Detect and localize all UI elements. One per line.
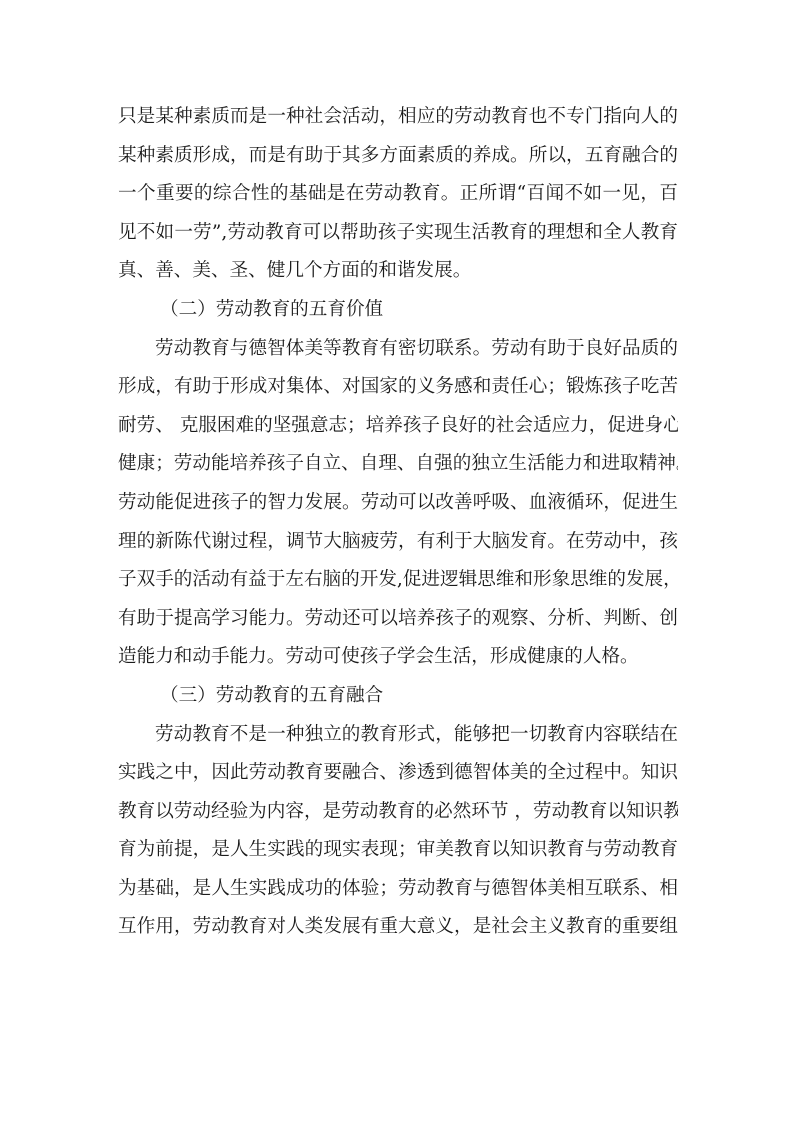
text-line: 子双手的活动有益于左右脑的开发,促进逻辑思维和形象思维的发展， — [118, 561, 678, 600]
text-line: 劳动教育不是一种独立的教育形式，能够把一切教育内容联结在 — [118, 716, 678, 755]
section-heading-five-values: （二）劳动教育的五育价值 — [118, 291, 678, 330]
text-line: 互作用，劳动教育对人类发展有重大意义，是社会主义教育的重要组 — [118, 908, 678, 947]
text-line: 只是某种素质而是一种社会活动，相应的劳动教育也不专门指向人的 — [118, 98, 678, 137]
text-line: 真、善、美、圣、健几个方面的和谐发展。 — [118, 252, 678, 291]
text-line: 实践之中，因此劳动教育要融合、渗透到德智体美的全过程中。知识 — [118, 754, 678, 793]
text-line: 理的新陈代谢过程，调节大脑疲劳，有利于大脑发育。在劳动中，孩 — [118, 523, 678, 562]
text-line: 教育以劳动经验为内容，是劳动教育的必然环节 ，劳动教育以知识教 — [118, 793, 678, 832]
text-line: 耐劳、 克服困难的坚强意志；培养孩子良好的社会适应力，促进身心 — [118, 407, 678, 446]
paragraph-five-values: 劳动教育与德智体美等教育有密切联系。劳动有助于良好品质的 形成，有助于形成对集体… — [118, 330, 678, 677]
text-line: 劳动能促进孩子的智力发展。劳动可以改善呼吸、血液循环，促进生 — [118, 484, 678, 523]
text-line: 健康；劳动能培养孩子自立、自理、自强的独立生活能力和进取精神。 — [118, 445, 678, 484]
text-line: 育为前提，是人生实践的现实表现；审美教育以知识教育与劳动教育 — [118, 831, 678, 870]
text-line: 某种素质形成，而是有助于其多方面素质的养成。所以，五育融合的 — [118, 137, 678, 176]
text-line: 劳动教育与德智体美等教育有密切联系。劳动有助于良好品质的 — [118, 330, 678, 369]
text-line: 为基础，是人生实践成功的体验；劳动教育与德智体美相互联系、相 — [118, 870, 678, 909]
text-line: 造能力和动手能力。劳动可使孩子学会生活，形成健康的人格。 — [118, 638, 678, 677]
text-line: 见不如一劳”,劳动教育可以帮助孩子实现生活教育的理想和全人教育 — [118, 214, 678, 253]
document-page: 只是某种素质而是一种社会活动，相应的劳动教育也不专门指向人的 某种素质形成，而是… — [118, 98, 678, 947]
paragraph-five-integration: 劳动教育不是一种独立的教育形式，能够把一切教育内容联结在 实践之中，因此劳动教育… — [118, 716, 678, 948]
text-line: 有助于提高学习能力。劳动还可以培养孩子的观察、分析、判断、创 — [118, 600, 678, 639]
text-line: 形成，有助于形成对集体、对国家的义务感和责任心；锻炼孩子吃苦 — [118, 368, 678, 407]
text-line: 一个重要的综合性的基础是在劳动教育。正所谓“百闻不如一见，百 — [118, 175, 678, 214]
paragraph-continued: 只是某种素质而是一种社会活动，相应的劳动教育也不专门指向人的 某种素质形成，而是… — [118, 98, 678, 291]
section-heading-five-integration: （三）劳动教育的五育融合 — [118, 677, 678, 716]
